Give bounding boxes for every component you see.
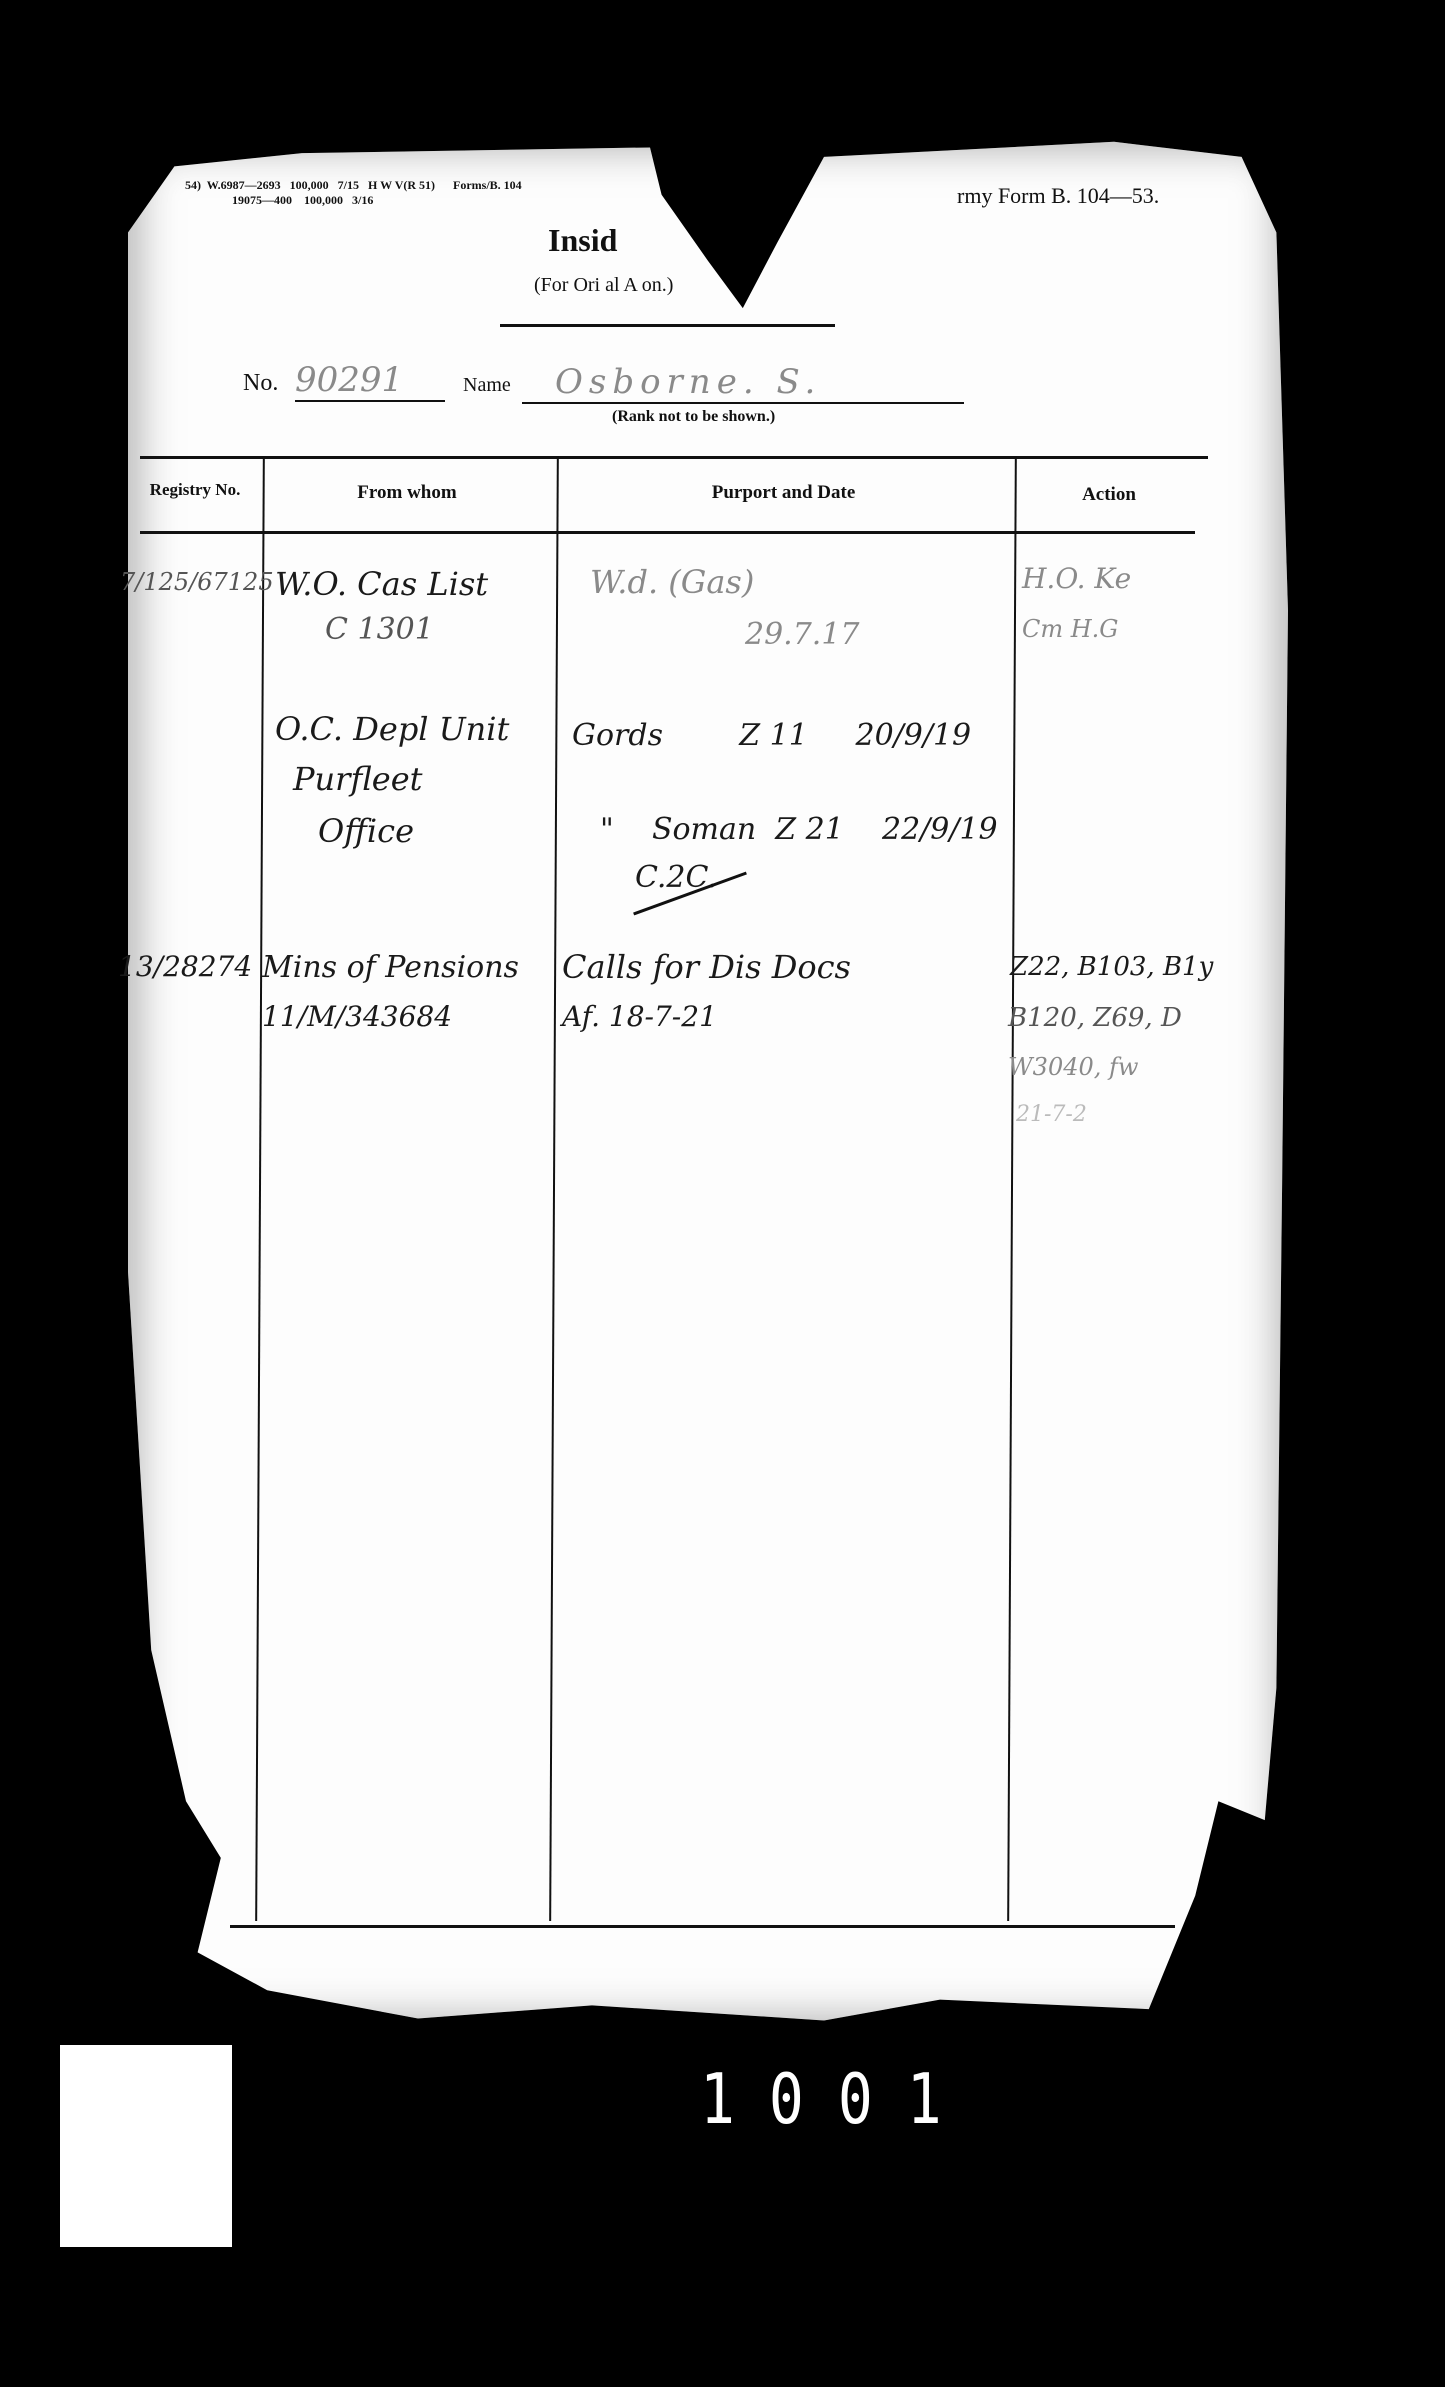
row2-purport-line1: Gords Z 11 20/9/19 (572, 718, 971, 753)
table-bottom-rule (230, 1925, 1175, 1928)
row1-purport-line1: W.d. (Gas) (590, 563, 754, 601)
header-registry-no: Registry No. (135, 480, 255, 500)
header-purport-and-date: Purport and Date (556, 482, 1011, 504)
table-top-rule (140, 456, 1208, 459)
row3-purport-line2: Af. 18-7-21 (562, 1000, 717, 1033)
row1-action-line1: H.O. Ke (1022, 562, 1131, 595)
row3-registry: 13/28274 (118, 950, 252, 983)
row3-action-line3: W3040, fw (1008, 1053, 1138, 1081)
soldier-number: 90291 (295, 360, 403, 400)
header-bottom-rule (140, 531, 1195, 534)
number-underline (295, 400, 445, 402)
row3-purport-line1: Calls for Dis Docs (562, 948, 851, 986)
row3-from-line2: 11/M/343684 (262, 1000, 452, 1033)
header-from-whom: From whom (262, 482, 552, 504)
row3-from-line1: Mins of Pensions (262, 950, 519, 985)
soldier-name: Osborne. S. (555, 362, 821, 402)
form-subtitle: (For Ori al A on.) (534, 274, 673, 297)
row2-from-line2: Purfleet (293, 760, 423, 798)
frame-counter: 1001 (700, 2058, 976, 2140)
printer-imprint-line-1: 54) W.6987—2693 100,000 7/15 H W V(R 51)… (185, 178, 522, 192)
name-label: Name (463, 374, 511, 397)
row3-action-line2: B120, Z69, D (1008, 1003, 1182, 1033)
army-form-number: rmy Form B. 104—53. (957, 183, 1159, 209)
header-action: Action (1014, 484, 1204, 506)
row1-action-line2: Cm H.G (1022, 615, 1118, 643)
row3-action-line1: Z22, B103, B1y (1010, 952, 1213, 982)
row2-from-line1: O.C. Depl Unit (275, 710, 509, 748)
number-label: No. (243, 370, 278, 397)
row1-registry: 7/125/67125 (120, 568, 274, 596)
calibration-card (60, 2045, 232, 2247)
form-title: Insid (548, 222, 617, 259)
row2-from-line3: Office (318, 812, 414, 850)
name-underline (522, 402, 964, 404)
row1-purport-line2: 29.7.17 (745, 617, 860, 652)
row1-from-line2: C 1301 (325, 612, 434, 647)
row1-from-line1: W.O. Cas List (275, 565, 488, 603)
title-underline (500, 324, 835, 327)
row2-purport-line2: " Soman Z 21 22/9/19 (600, 812, 998, 847)
printer-imprint-line-2: 19075—400 100,000 3/16 (232, 193, 373, 207)
rank-note: (Rank not to be shown.) (612, 408, 775, 426)
row3-action-line4: 21-7-2 (1016, 1102, 1087, 1127)
